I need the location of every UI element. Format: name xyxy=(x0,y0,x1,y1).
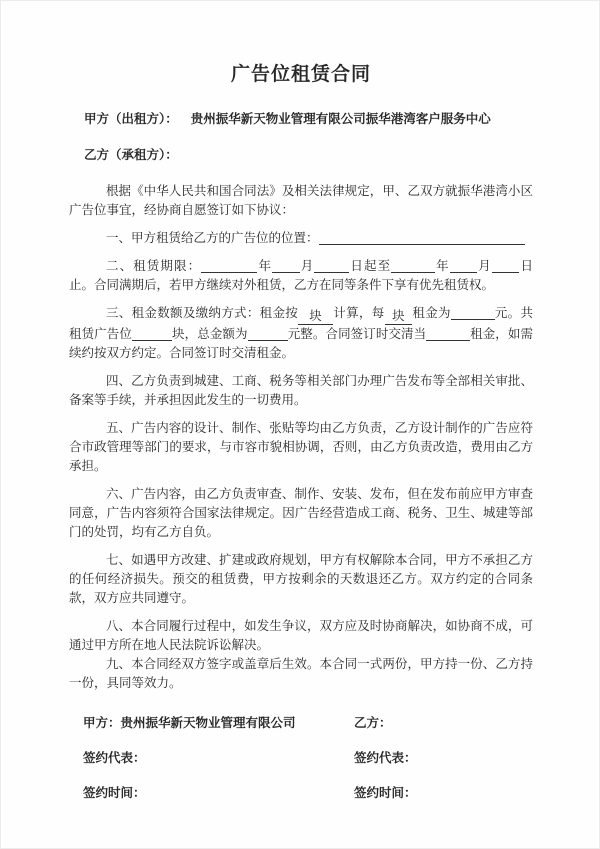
signature-row-party: 甲方：贵州振华新天物业管理有限公司 乙方： xyxy=(83,714,533,733)
party-b-label: 乙方（承租方）： xyxy=(84,148,178,162)
clause-paragraph: 四、乙方负责到城建、工商、税务等相关部门办理广告发布等全部相关审批、备案等手续，… xyxy=(69,372,533,410)
blank-underline: 块 xyxy=(385,309,413,325)
party-a-value: 贵州振华新天物业管理有限公司振华港湾客户服务中心 xyxy=(191,112,491,126)
clause-paragraph: 五、广告内容的设计、制作、张贴等均由乙方负责，乙方设计制作的广告应符合市政管理等… xyxy=(69,419,533,476)
signature-rep-b-label: 签约代表： xyxy=(354,751,417,765)
preamble: 根据《中华人民共和国合同法》及相关法律规定，甲、乙双方就振华港湾小区广告位事宜，… xyxy=(69,182,533,220)
party-b-line: 乙方（承租方）： xyxy=(69,146,533,165)
clause-paragraph: 八、本合同履行过程中，如发生争议，双方应及时协商解决，如协商不成，可通过甲方所在… xyxy=(69,617,533,655)
blank-underline: 块 xyxy=(298,309,333,325)
blank-underline xyxy=(201,257,257,273)
signature-party-a-label: 甲方： xyxy=(83,716,121,730)
blank-underline xyxy=(314,257,349,273)
signature-row-representative: 签约代表： 签约代表： xyxy=(83,749,533,768)
blank-underline xyxy=(272,257,300,273)
clause-paragraph: 一、甲方租赁给乙方的广告位的位置： xyxy=(69,229,533,248)
blank-underline xyxy=(426,325,470,341)
page-title: 广告位租赁合同 xyxy=(69,65,533,84)
clause-paragraph: 九、本合同经双方签字或盖章后生效。本合同一式两份，甲方持一份、乙方持一份，具同等… xyxy=(69,655,533,693)
signature-date-a-label: 签约时间： xyxy=(83,786,146,800)
clause-paragraph: 六、广告内容，由乙方负责审查、制作、安装、发布，但在发布前应甲方审查同意，广告内… xyxy=(69,485,533,542)
party-a-label: 甲方（出租方）： xyxy=(84,112,178,126)
blank-underline xyxy=(451,304,495,320)
blank-underline xyxy=(492,257,520,273)
signature-row-date: 签约时间： 签约时间： xyxy=(83,784,533,803)
signature-rep-b: 签约代表： xyxy=(354,749,417,768)
signature-party-a-value: 贵州振华新天物业管理有限公司 xyxy=(121,716,296,730)
blank-underline xyxy=(391,257,435,273)
blank-underline xyxy=(132,325,172,341)
signature-party-a: 甲方：贵州振华新天物业管理有限公司 xyxy=(83,714,354,733)
contract-page: 广告位租赁合同 甲方（出租方）：贵州振华新天物业管理有限公司振华港湾客户服务中心… xyxy=(0,0,600,849)
party-a-line: 甲方（出租方）：贵州振华新天物业管理有限公司振华港湾客户服务中心 xyxy=(69,110,533,129)
signature-date-b: 签约时间： xyxy=(354,784,417,803)
blank-underline xyxy=(450,257,478,273)
signature-party-b: 乙方： xyxy=(354,714,392,733)
signature-rep-a-label: 签约代表： xyxy=(83,751,146,765)
signature-rep-a: 签约代表： xyxy=(83,749,354,768)
clause-paragraph: 三、租金数额及缴纳方式：租金按块计算，每块租金为元。共租赁广告位块，总金额为元整… xyxy=(69,304,533,363)
clauses: 一、甲方租赁给乙方的广告位的位置：二、租赁期限：年月日起至年月日止。合同满期后，… xyxy=(69,229,533,693)
blank-underline xyxy=(319,229,525,245)
blank-underline xyxy=(248,325,288,341)
signature-date-b-label: 签约时间： xyxy=(354,786,417,800)
signature-date-a: 签约时间： xyxy=(83,784,354,803)
clause-paragraph: 二、租赁期限：年月日起至年月日止。合同满期后，若甲方继续对外租赁，乙方在同等条件… xyxy=(69,257,533,295)
signature-block: 甲方：贵州振华新天物业管理有限公司 乙方： 签约代表： 签约代表： 签约时间： … xyxy=(69,714,533,803)
clause-paragraph: 七、如遇甲方改建、扩建或政府规划，甲方有权解除本合同，甲方不承担乙方的任何经济损… xyxy=(69,551,533,608)
signature-party-b-label: 乙方： xyxy=(354,716,392,730)
